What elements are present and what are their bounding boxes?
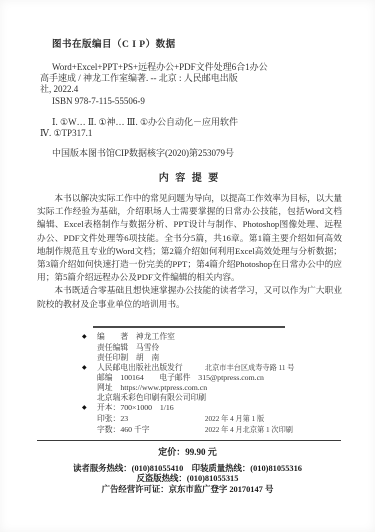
colophon-row-publisher: ◆ 人民邮电出版社出版发行 北京市丰台区成寿寺路 11 号 xyxy=(82,363,375,374)
reader-hotline: 读者服务热线：(010)81055410 印装质量热线：(010)8105531… xyxy=(0,464,375,475)
cip-record: Word+Excel+PPT+PS+远程办公+PDF文件处理6合1办公 高手速成… xyxy=(40,62,341,107)
edition-date: 2022 年 4 月第 1 版 xyxy=(205,415,264,423)
colophon-row-author: ◆ 编 著 神龙工作室 xyxy=(82,332,375,343)
cip-classification: Ⅰ. ①W… Ⅱ. ①神… Ⅲ. ①办公自动化－应用软件 Ⅳ. ①TP317.1 xyxy=(40,117,341,139)
colophon-row-website: 网址 https://www.ptpress.com.cn xyxy=(82,383,375,393)
cip-record-line: 社, 2022.4 xyxy=(40,84,341,95)
colophon-text: 字数：460 千字 xyxy=(97,425,203,435)
publisher-address: 北京市丰台区成寿寺路 11 号 xyxy=(205,364,295,372)
summary-paragraph: 本书既适合零基础且想快速掌握办公技能的读者学习，又可以作为广大职业院校的教材及企… xyxy=(37,284,342,310)
colophon-divider xyxy=(93,326,285,328)
anti-piracy-hotline: 反盗版热线：(010)81055315 xyxy=(0,474,375,485)
cip-header: 图书在版编目（C I P）数据 xyxy=(52,40,341,51)
cip-block: 图书在版编目（C I P）数据 Word+Excel+PPT+PS+远程办公+P… xyxy=(0,0,375,159)
ad-license: 广告经营许可证：京东市监广登字 20170147 号 xyxy=(0,485,375,496)
colophon-text: 北京瑞禾彩色印刷有限公司印刷 xyxy=(97,393,206,403)
cip-record-line: 高手速成 / 神龙工作室编著. -- 北京 : 人民邮电出版 xyxy=(40,73,341,84)
cip-registry-number: 中国版本图书馆CIP数据核字(2020)第253079号 xyxy=(52,148,341,159)
colophon-text: 人民邮电出版社出版发行 xyxy=(97,363,203,373)
colophon-row-wordcount-printing: 字数：460 千字 2022 年 4 月北京第 1 次印刷 xyxy=(82,425,375,436)
summary-title: 内 容 提 要 xyxy=(37,169,342,184)
colophon-text: 责任编辑 马雪伶 xyxy=(97,343,203,353)
diamond-bullet-icon: ◆ xyxy=(82,404,95,414)
colophon-text: 开本：700×1000 1/16 xyxy=(97,403,203,413)
colophon-row-editor: 责任编辑 马雪伶 xyxy=(82,343,375,353)
price-line: 定价：99.90 元 xyxy=(0,445,375,458)
colophon-row-format: ◆ 开本：700×1000 1/16 xyxy=(82,403,375,414)
colophon-text: 印张：23 xyxy=(97,414,203,424)
colophon-text: 责任印制 胡 南 xyxy=(97,353,203,363)
cip-class-line: Ⅳ. ①TP317.1 xyxy=(40,128,341,139)
price-divider xyxy=(37,440,341,441)
diamond-bullet-icon: ◆ xyxy=(82,333,95,343)
book-copyright-page: 图书在版编目（C I P）数据 Word+Excel+PPT+PS+远程办公+P… xyxy=(0,0,375,532)
colophon-text: 邮编 100164 电子邮件 315@ptpress.com.cn xyxy=(97,373,264,383)
cip-record-line: Word+Excel+PPT+PS+远程办公+PDF文件处理6合1办公 xyxy=(40,62,341,73)
colophon-row-printer-manager: 责任印制 胡 南 xyxy=(82,353,375,363)
summary-paragraph: 本书以解决实际工作中的常见问题为导向，以提高工作效率为目标，以大量实际工作经验为… xyxy=(37,192,342,284)
colophon-row-postcode-email: 邮编 100164 电子邮件 315@ptpress.com.cn xyxy=(82,373,375,383)
printing-date: 2022 年 4 月北京第 1 次印刷 xyxy=(205,426,293,434)
colophon-row-sheets-edition: 印张：23 2022 年 4 月第 1 版 xyxy=(82,414,375,425)
service-hotlines: 读者服务热线：(010)81055410 印装质量热线：(010)8105531… xyxy=(0,464,375,496)
colophon-row-printing-company: 北京瑞禾彩色印刷有限公司印刷 xyxy=(82,393,375,403)
colophon-text: 网址 https://www.ptpress.com.cn xyxy=(97,383,207,393)
summary-block: 内 容 提 要 本书以解决实际工作中的常见问题为导向，以提高工作效率为目标，以大… xyxy=(0,159,375,311)
cip-class-line: Ⅰ. ①W… Ⅱ. ①神… Ⅲ. ①办公自动化－应用软件 xyxy=(40,117,341,128)
colophon-block: ◆ 编 著 神龙工作室 责任编辑 马雪伶 责任印制 胡 南 ◆ 人民邮电出版社出… xyxy=(82,332,375,436)
colophon-text: 编 著 神龙工作室 xyxy=(97,332,203,342)
isbn-line: ISBN 978-7-115-55506-9 xyxy=(52,96,341,107)
diamond-bullet-icon: ◆ xyxy=(82,364,95,374)
